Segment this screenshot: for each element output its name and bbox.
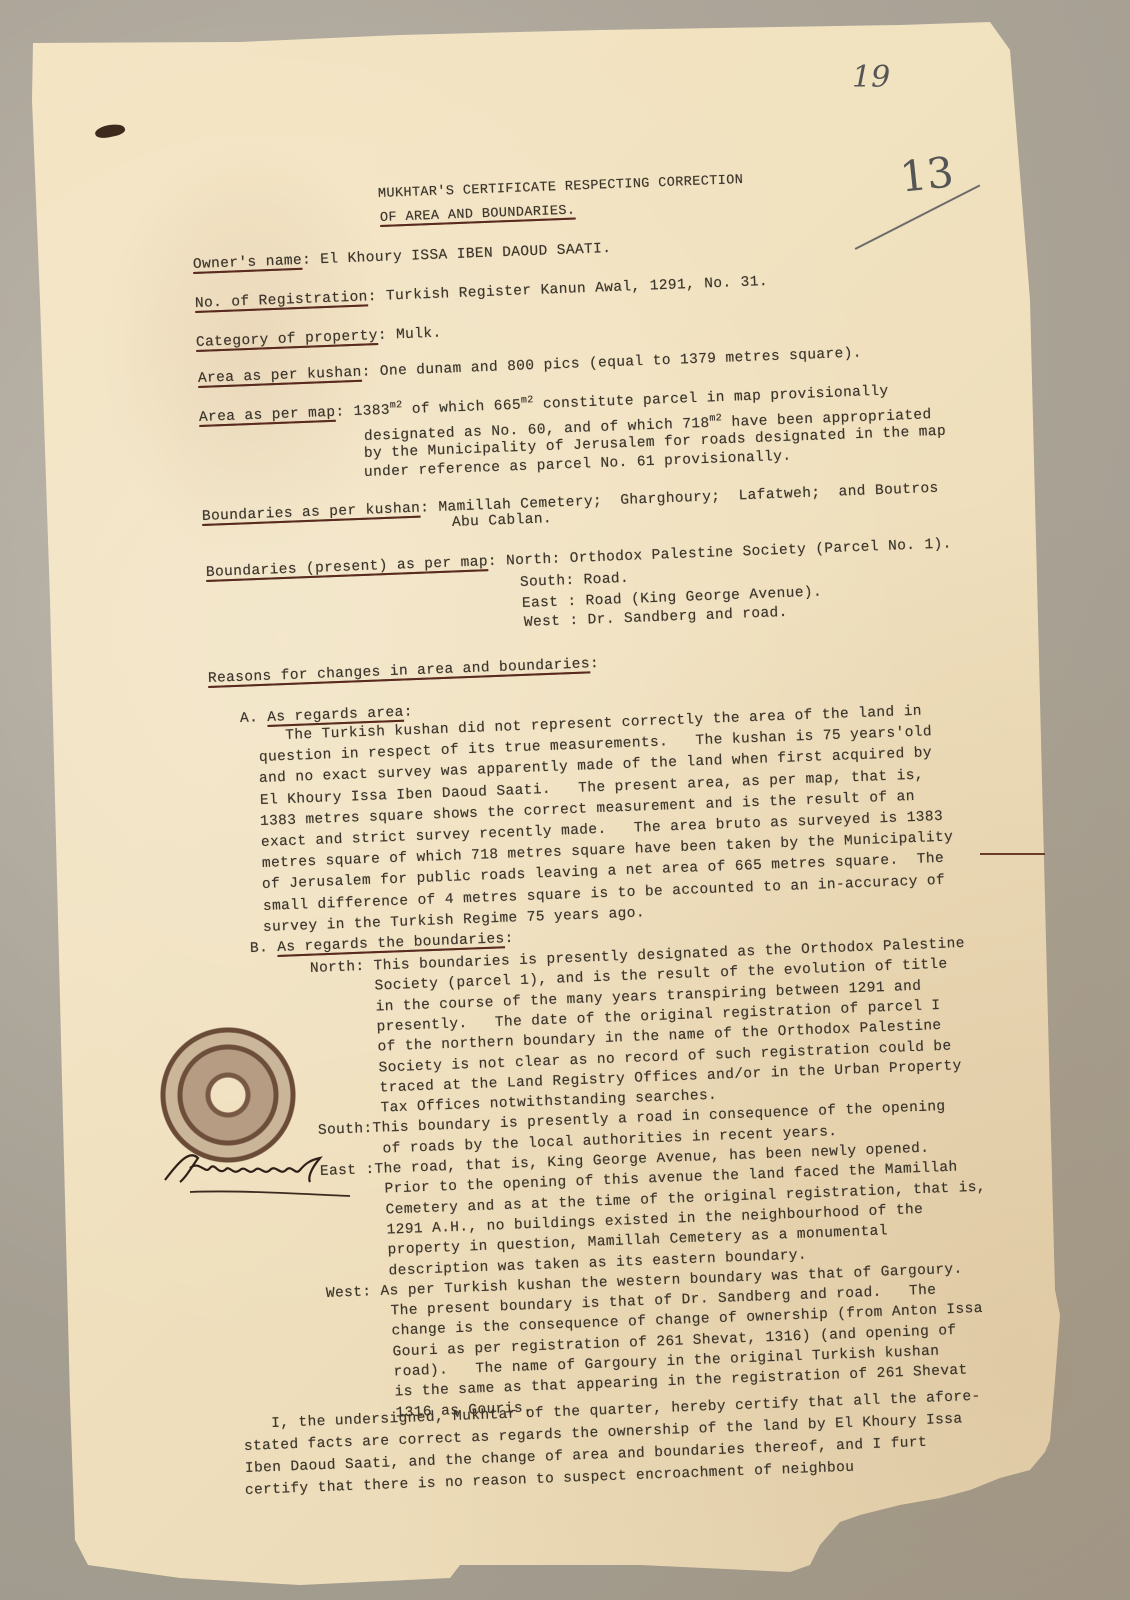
category-value: : Mulk. [378, 326, 442, 344]
section-a-label: A. [240, 710, 268, 727]
handwritten-page-number: 19 [852, 60, 890, 95]
mukhtar-signature [160, 1140, 360, 1200]
area-map-total: : 1383 [335, 403, 390, 421]
reasons-heading-colon: : [590, 656, 600, 672]
section-b-colon: : [504, 931, 514, 947]
unit-superscript: m2 [521, 395, 534, 406]
section-a-colon: : [403, 704, 413, 720]
unit-superscript: m2 [709, 413, 722, 424]
section-b-label: B. [250, 940, 278, 957]
ink-stroke [980, 853, 1045, 855]
handwritten-folio-number: 13 [898, 147, 956, 201]
unit-superscript: m2 [390, 400, 403, 411]
